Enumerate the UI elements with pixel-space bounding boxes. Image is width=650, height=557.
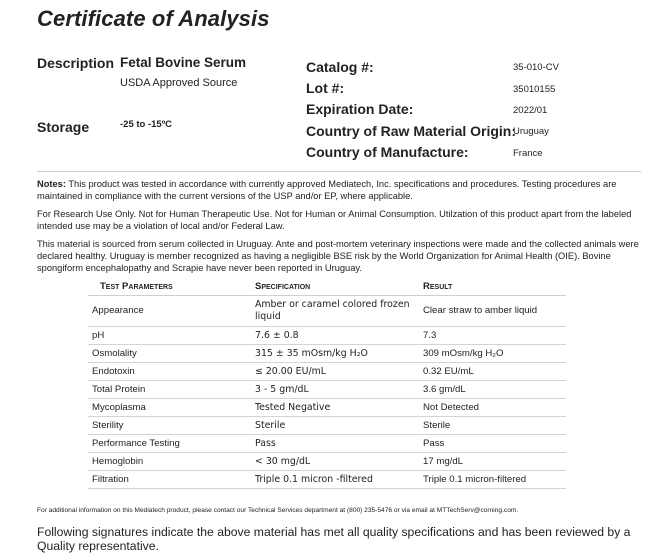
- expiration-value: 2022/01: [513, 105, 547, 116]
- param-cell: Mycoplasma: [88, 399, 251, 417]
- test-results-table: Test Parameters Specification Result App…: [88, 278, 566, 489]
- spec-cell: < 30 mg/dL: [251, 453, 419, 471]
- storage-value: -25 to -15ºC: [120, 119, 172, 130]
- divider: [37, 171, 641, 172]
- manufacture-value: France: [513, 148, 543, 159]
- header-specification: Specification: [251, 278, 419, 296]
- param-cell: pH: [88, 327, 251, 345]
- result-cell: Pass: [419, 435, 566, 453]
- catalog-label: Catalog #:: [306, 59, 374, 75]
- table-row: Performance TestingPassPass: [88, 435, 566, 453]
- lot-value: 35010155: [513, 84, 555, 95]
- expiration-label: Expiration Date:: [306, 101, 413, 117]
- result-cell: Triple 0.1 micron-filtered: [419, 471, 566, 489]
- notes-label: Notes:: [37, 179, 66, 189]
- result-cell: Not Detected: [419, 399, 566, 417]
- result-cell: 309 mOsm/kg H₂O: [419, 345, 566, 363]
- spec-cell: 3 - 5 gm/dL: [251, 381, 419, 399]
- spec-cell: Tested Negative: [251, 399, 419, 417]
- param-cell: Filtration: [88, 471, 251, 489]
- table-row: Hemoglobin< 30 mg/dL17 mg/dL: [88, 453, 566, 471]
- table-row: SterilitySterileSterile: [88, 417, 566, 435]
- table-row: MycoplasmaTested NegativeNot Detected: [88, 399, 566, 417]
- spec-cell: 315 ± 35 mOsm/kg H₂O: [251, 345, 419, 363]
- table-row: Total Protein3 - 5 gm/dL3.6 gm/dL: [88, 381, 566, 399]
- origin-value: Uruguay: [513, 126, 549, 137]
- notes-paragraph: Notes: This product was tested in accord…: [37, 179, 647, 202]
- description-label: Description: [37, 55, 114, 71]
- param-cell: Hemoglobin: [88, 453, 251, 471]
- source-paragraph: This material is sourced from serum coll…: [37, 239, 647, 274]
- header-result: Result: [419, 278, 566, 296]
- table-row: Endotoxin≤ 20.00 EU/mL0.32 EU/mL: [88, 363, 566, 381]
- notes-text: This product was tested in accordance wi…: [37, 179, 616, 201]
- result-cell: 3.6 gm/dL: [419, 381, 566, 399]
- result-cell: 17 mg/dL: [419, 453, 566, 471]
- signature-statement: Following signatures indicate the above …: [37, 525, 637, 553]
- origin-label: Country of Raw Material Origin:: [306, 123, 516, 139]
- param-cell: Performance Testing: [88, 435, 251, 453]
- result-cell: 7.3: [419, 327, 566, 345]
- table-header-row: Test Parameters Specification Result: [88, 278, 566, 296]
- table-row: AppearanceAmber or caramel colored froze…: [88, 296, 566, 327]
- header-test-parameters: Test Parameters: [88, 278, 251, 296]
- notes-section: Notes: This product was tested in accord…: [37, 179, 647, 281]
- table-row: pH7.6 ± 0.87.3: [88, 327, 566, 345]
- param-cell: Osmolality: [88, 345, 251, 363]
- catalog-value: 35-010-CV: [513, 62, 559, 73]
- result-cell: Clear straw to amber liquid: [419, 296, 566, 327]
- document-title: Certificate of Analysis: [37, 6, 270, 32]
- param-cell: Sterility: [88, 417, 251, 435]
- research-use-paragraph: For Research Use Only. Not for Human The…: [37, 209, 647, 232]
- param-cell: Appearance: [88, 296, 251, 327]
- spec-cell: Pass: [251, 435, 419, 453]
- spec-cell: ≤ 20.00 EU/mL: [251, 363, 419, 381]
- spec-cell: 7.6 ± 0.8: [251, 327, 419, 345]
- spec-cell: Sterile: [251, 417, 419, 435]
- table-row: FiltrationTriple 0.1 micron -filteredTri…: [88, 471, 566, 489]
- param-cell: Endotoxin: [88, 363, 251, 381]
- spec-cell: Amber or caramel colored frozen liquid: [251, 296, 419, 327]
- result-cell: Sterile: [419, 417, 566, 435]
- manufacture-label: Country of Manufacture:: [306, 144, 469, 160]
- param-cell: Total Protein: [88, 381, 251, 399]
- spec-cell: Triple 0.1 micron -filtered: [251, 471, 419, 489]
- description-subtitle: USDA Approved Source: [120, 77, 237, 89]
- table-row: Osmolality315 ± 35 mOsm/kg H₂O309 mOsm/k…: [88, 345, 566, 363]
- storage-label: Storage: [37, 119, 89, 135]
- lot-label: Lot #:: [306, 80, 344, 96]
- contact-info: For additional information on this Media…: [37, 507, 518, 514]
- result-cell: 0.32 EU/mL: [419, 363, 566, 381]
- description-value: Fetal Bovine Serum: [120, 55, 246, 70]
